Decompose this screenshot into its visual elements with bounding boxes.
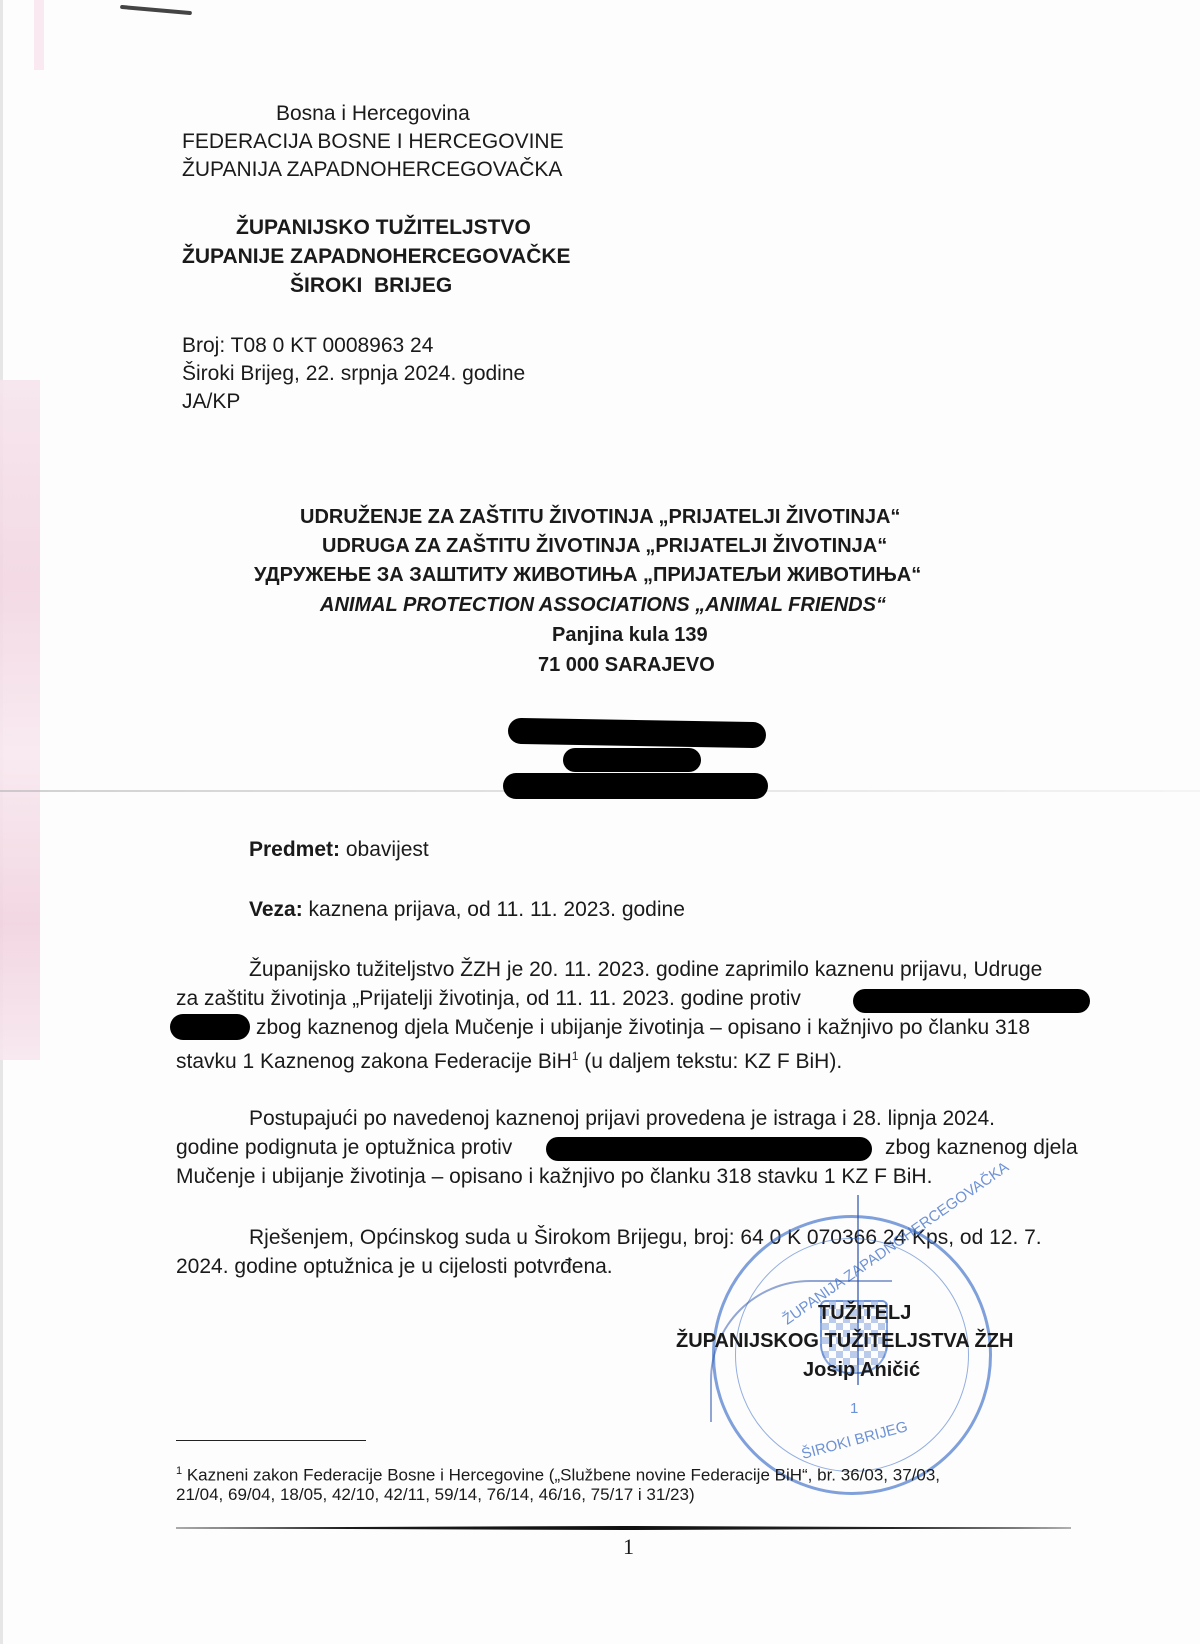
header-federation: FEDERACIJA BOSNE I HERCEGOVINE	[182, 128, 564, 155]
pen-mark	[120, 5, 192, 15]
relation-line: Veza: kaznena prijava, od 11. 11. 2023. …	[249, 896, 685, 923]
redaction-bar	[853, 989, 1090, 1013]
paragraph-1-text: stavku 1 Kaznenog zakona Federacije BiH	[176, 1050, 572, 1073]
subject-value: obavijest	[340, 838, 429, 861]
office-name: ŽUPANIJSKO TUŽITELJSTVO	[236, 214, 531, 241]
recipient-line-4: ANIMAL PROTECTION ASSOCIATIONS „ANIMAL F…	[320, 592, 886, 619]
paragraph-3-line-2: 2024. godine optužnica je u cijelosti po…	[176, 1253, 613, 1280]
relation-label: Veza:	[249, 898, 303, 921]
redaction-bar	[170, 1014, 250, 1040]
recipient-line-2: UDRUGA ZA ZAŠTITU ŽIVOTINJA „PRIJATELJI …	[322, 533, 887, 560]
footnote-line-2: 21/04, 69/04, 18/05, 42/10, 42/11, 59/14…	[176, 1484, 695, 1506]
signature-office: ŽUPANIJSKOG TUŽITELJSTVA ŽZH	[676, 1328, 1013, 1355]
paragraph-2-line-1: Postupajući po navedenoj kaznenoj prijav…	[249, 1105, 995, 1132]
footnote-line-1: 1 Kazneni zakon Federacije Bosne i Herce…	[176, 1460, 940, 1487]
paragraph-1-line-3: zbog kaznenog djela Mučenje i ubijanje ž…	[256, 1014, 1030, 1041]
recipient-city: 71 000 SARAJEVO	[538, 652, 715, 679]
signature-name: Josip Aničić	[803, 1357, 920, 1384]
recipient-line-1: UDRUŽENJE ZA ZAŠTITU ŽIVOTINJA „PRIJATEL…	[300, 504, 900, 531]
pink-paper-edge-top	[34, 0, 44, 70]
office-city: ŠIROKI BRIJEG	[290, 272, 452, 299]
footnote-separator	[176, 1440, 366, 1441]
header-canton: ŽUPANIJA ZAPADNOHERCEGOVAČKA	[182, 156, 562, 183]
paragraph-1-line-2: za zaštitu životinja „Prijatelji životin…	[176, 985, 801, 1012]
recipient-address: Panjina kula 139	[552, 622, 708, 649]
paragraph-2-line-2-end: zbog kaznenog djela	[885, 1134, 1078, 1161]
redaction-bar	[508, 718, 766, 748]
pink-paper-edge	[0, 380, 40, 1060]
footnote-text: Kazneni zakon Federacije Bosne i Hercego…	[182, 1466, 940, 1485]
header-country: Bosna i Hercegovina	[276, 100, 470, 127]
scanned-document-page: Bosna i Hercegovina FEDERACIJA BOSNE I H…	[0, 0, 1200, 1644]
bottom-divider	[176, 1526, 1071, 1530]
redaction-bar	[503, 773, 768, 799]
paragraph-2-line-3: Mučenje i ubijanje životinja – opisano i…	[176, 1163, 932, 1190]
reference-initials: JA/KP	[182, 388, 240, 415]
redaction-bar	[563, 748, 701, 772]
reference-place-date: Široki Brijeg, 22. srpnja 2024. godine	[182, 360, 525, 387]
subject-line: Predmet: obavijest	[249, 836, 429, 863]
office-canton: ŽUPANIJE ZAPADNOHERCEGOVAČKE	[182, 243, 571, 270]
recipient-line-3: УДРУЖЕЊЕ ЗА ЗАШТИТУ ЖИВОТИЊА „ПРИЈАТЕЉИ …	[254, 562, 921, 589]
paragraph-1-line-1: Županijsko tužiteljstvo ŽZH je 20. 11. 2…	[249, 956, 1042, 983]
relation-value: kaznena prijava, od 11. 11. 2023. godine	[303, 898, 685, 921]
paragraph-2-line-2: godine podignuta je optužnica protiv	[176, 1134, 512, 1161]
paragraph-1-line-4: stavku 1 Kaznenog zakona Federacije BiH1…	[176, 1043, 842, 1075]
paragraph-1-text-end: (u daljem tekstu: KZ F BiH).	[578, 1050, 842, 1073]
reference-number: Broj: T08 0 KT 0008963 24	[182, 332, 433, 359]
redaction-bar	[546, 1137, 872, 1161]
page-number: 1	[623, 1534, 634, 1560]
subject-label: Predmet:	[249, 838, 340, 861]
signature-title: TUŽITELJ	[818, 1300, 911, 1327]
